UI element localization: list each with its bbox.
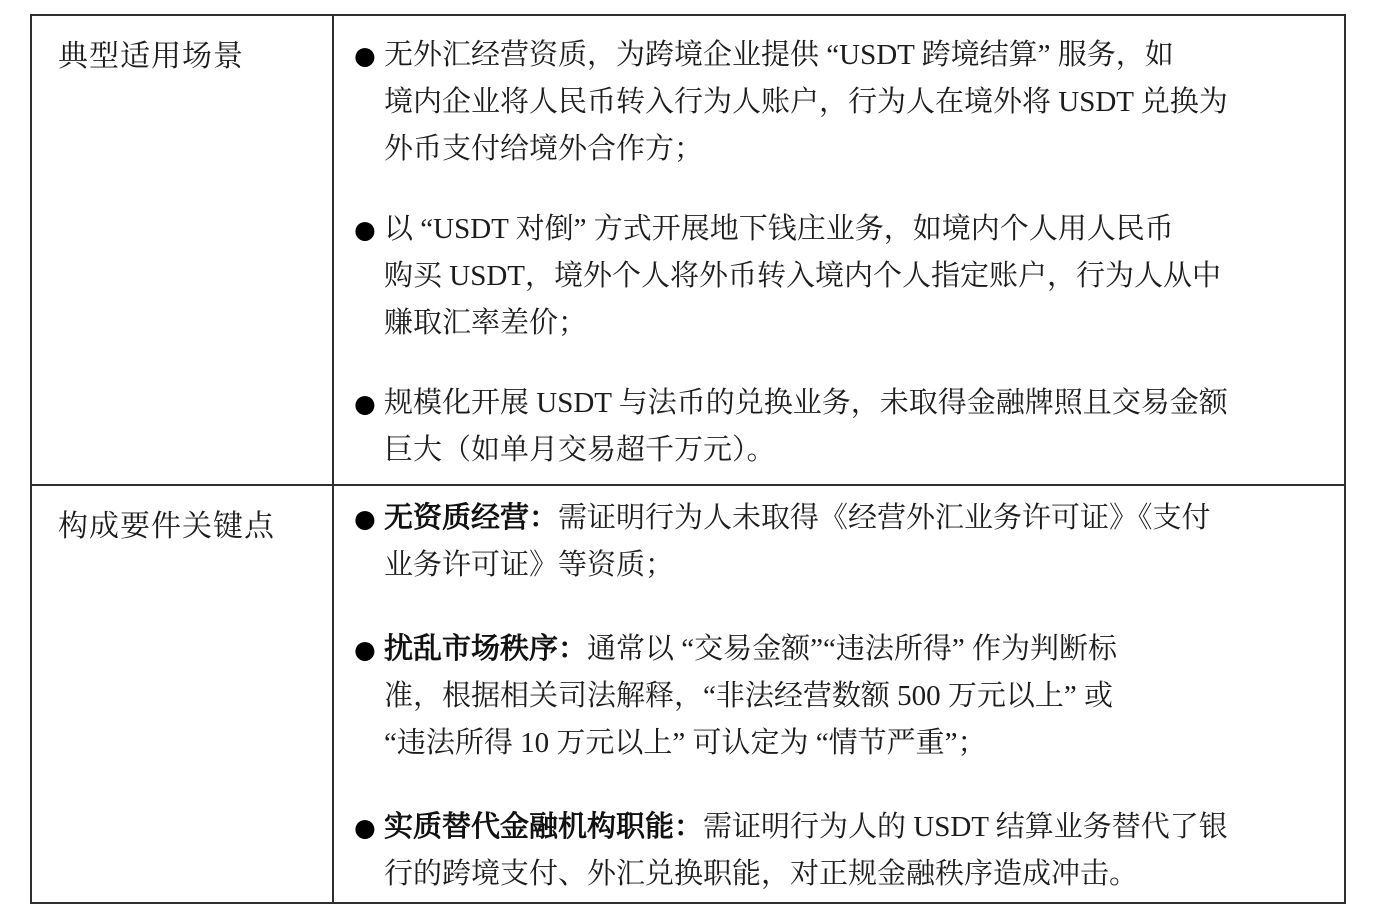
bullet-text: 实质替代金融机构职能：需证明行为人的 USDT 结算业务替代了银 行的跨境支付、… xyxy=(384,804,1228,898)
bullet-text: 以 “USDT 对倒” 方式开展地下钱庄业务，如境内个人用人民币 购买 USDT… xyxy=(384,206,1221,347)
bullet-bold-label: 实质替代金融机构职能： xyxy=(384,811,703,843)
row-header-typical-scenarios: 典型适用场景 xyxy=(32,16,334,486)
bullet-body: 规模化开展 USDT 与法币的兑换业务，未取得金融牌照且交易金额 巨大（如单月交… xyxy=(384,387,1228,466)
document-page: 典型适用场景 ● 无外汇经营资质，为跨境企业提供 “USDT 跨境结算” 服务，… xyxy=(0,0,1374,920)
bullet-text: 无外汇经营资质，为跨境企业提供 “USDT 跨境结算” 服务，如 境内企业将人民… xyxy=(384,32,1228,173)
bullet-icon: ● xyxy=(354,32,384,79)
bullet-body: 以 “USDT 对倒” 方式开展地下钱庄业务，如境内个人用人民币 购买 USDT… xyxy=(384,213,1221,339)
bullet-icon: ● xyxy=(354,495,384,542)
bullet-icon: ● xyxy=(354,804,384,851)
bullet-text: 规模化开展 USDT 与法币的兑换业务，未取得金融牌照且交易金额 巨大（如单月交… xyxy=(384,380,1228,474)
bullet-bold-label: 无资质经营： xyxy=(384,502,558,534)
row-body-key-elements: ● 无资质经营：需证明行为人未取得《经营外汇业务许可证》《支付 业务许可证》等资… xyxy=(334,486,1344,902)
bullet-text: 扰乱市场秩序：通常以 “交易金额”“违法所得” 作为判断标 准，根据相关司法解释… xyxy=(384,626,1117,767)
row-body-typical-scenarios: ● 无外汇经营资质，为跨境企业提供 “USDT 跨境结算” 服务，如 境内企业将… xyxy=(334,16,1344,486)
bullet-item: ● 扰乱市场秩序：通常以 “交易金额”“违法所得” 作为判断标 准，根据相关司法… xyxy=(354,626,1330,767)
bullet-icon: ● xyxy=(354,380,384,427)
bullet-item: ● 实质替代金融机构职能：需证明行为人的 USDT 结算业务替代了银 行的跨境支… xyxy=(354,804,1330,898)
row-header-key-elements: 构成要件关键点 xyxy=(32,486,334,902)
bullet-item: ● 规模化开展 USDT 与法币的兑换业务，未取得金融牌照且交易金额 巨大（如单… xyxy=(354,380,1330,474)
bullet-body: 无外汇经营资质，为跨境企业提供 “USDT 跨境结算” 服务，如 境内企业将人民… xyxy=(384,39,1228,165)
bullet-item: ● 以 “USDT 对倒” 方式开展地下钱庄业务，如境内个人用人民币 购买 US… xyxy=(354,206,1330,347)
bullet-text: 无资质经营：需证明行为人未取得《经营外汇业务许可证》《支付 业务许可证》等资质； xyxy=(384,495,1211,589)
bullet-bold-label: 扰乱市场秩序： xyxy=(384,633,587,665)
bullet-item: ● 无外汇经营资质，为跨境企业提供 “USDT 跨境结算” 服务，如 境内企业将… xyxy=(354,32,1330,173)
info-table: 典型适用场景 ● 无外汇经营资质，为跨境企业提供 “USDT 跨境结算” 服务，… xyxy=(30,14,1346,904)
bullet-item: ● 无资质经营：需证明行为人未取得《经营外汇业务许可证》《支付 业务许可证》等资… xyxy=(354,495,1330,589)
bullet-icon: ● xyxy=(354,626,384,673)
bullet-icon: ● xyxy=(354,206,384,253)
